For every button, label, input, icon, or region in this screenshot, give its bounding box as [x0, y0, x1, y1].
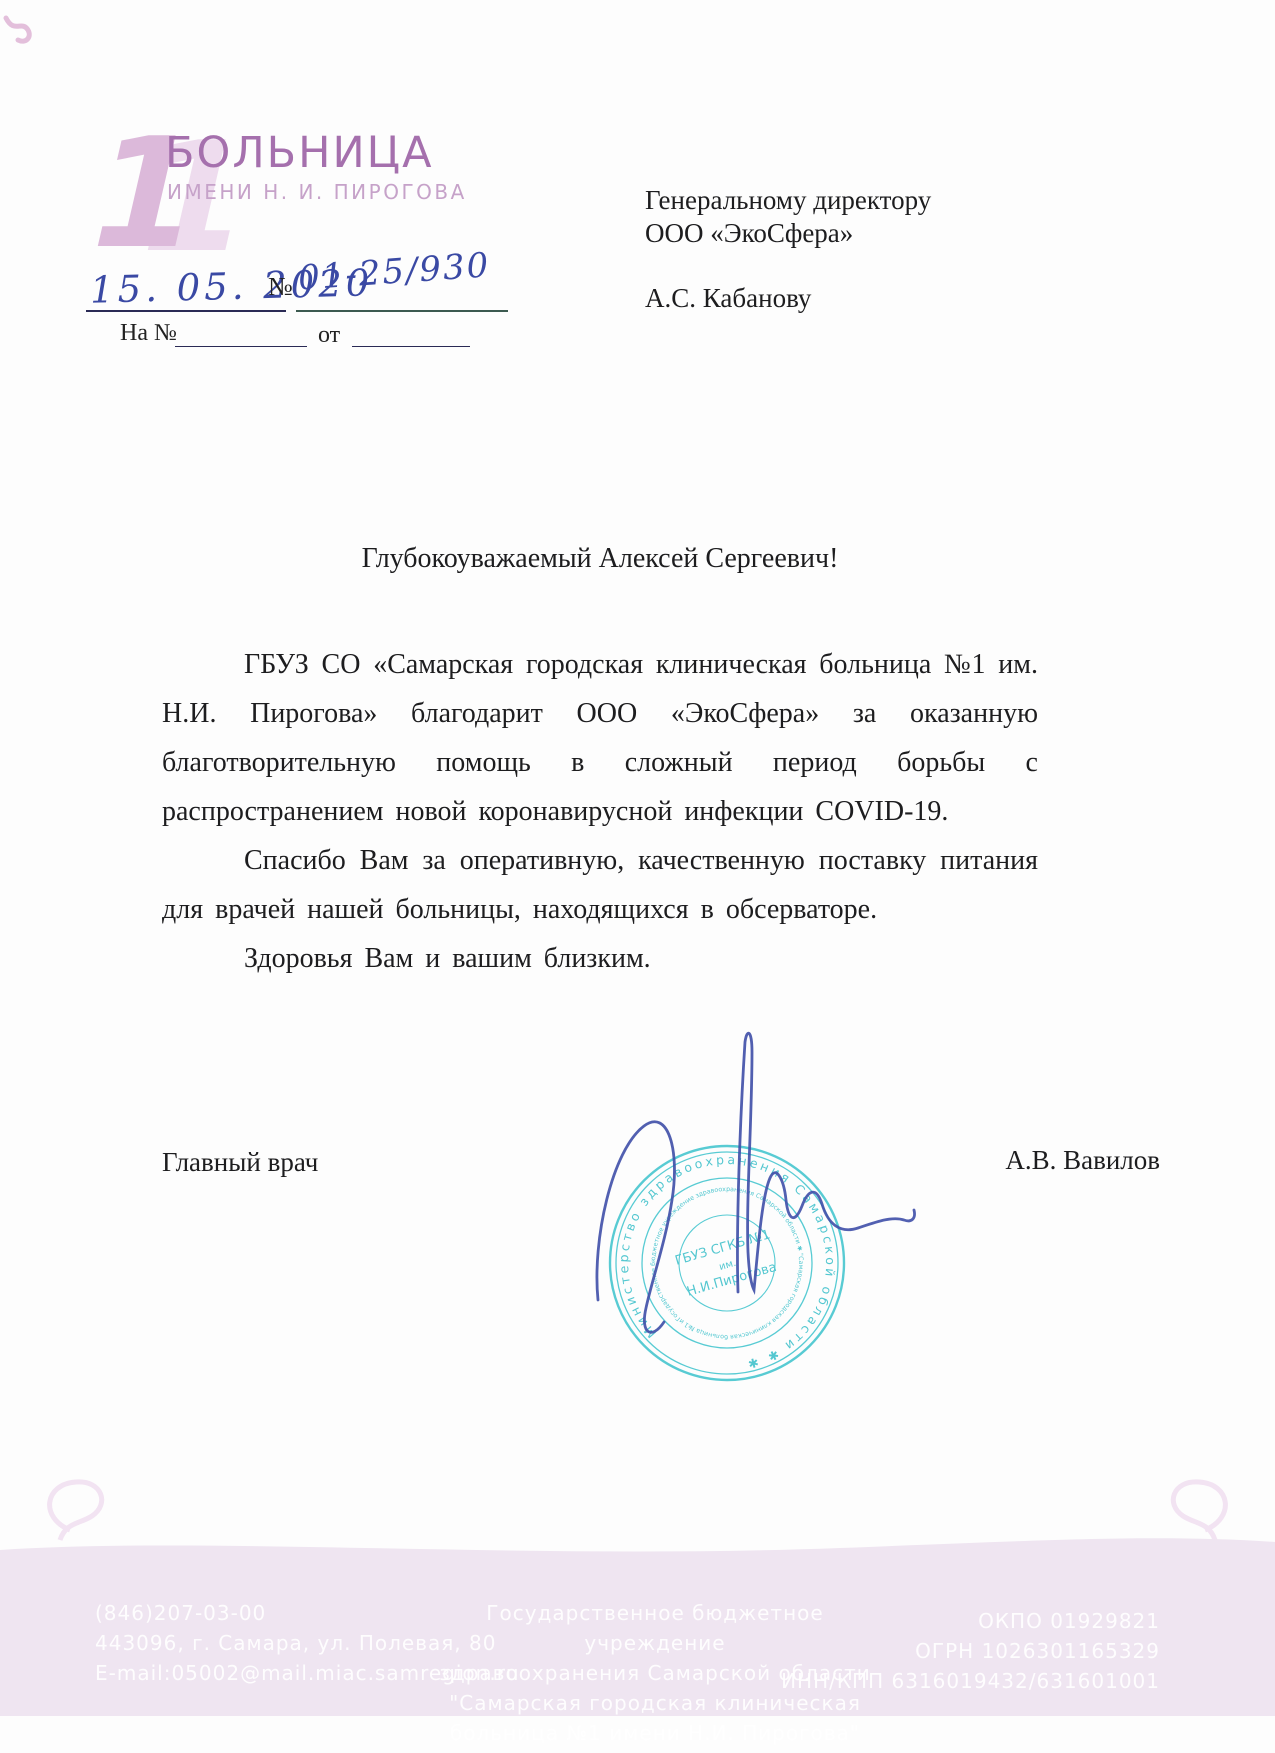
body-paragraph-3: Здоровья Вам и вашим близким.: [162, 934, 1038, 983]
number-underline: [296, 310, 508, 312]
footer-org-line4: больница №1 имени Н.И. Пирогова": [430, 1718, 880, 1748]
signer-position: Главный врач: [162, 1147, 318, 1178]
date-underline: [86, 310, 286, 312]
recipient-block: Генеральному директору ООО «ЭкоСфера»: [645, 184, 931, 250]
recipient-title-line: Генеральному директору: [645, 184, 931, 217]
number-sign: №: [268, 272, 293, 302]
handwritten-doc-number: 01-25/930: [297, 245, 492, 298]
autograph-stroke-left: [597, 1122, 675, 1333]
reference-ot-underline: [352, 346, 470, 347]
body-paragraph-2: Спасибо Вам за оперативную, качественную…: [162, 836, 1038, 934]
scanned-letter-page: 1 1 БОЛЬНИЦА ИМЕНИ Н. И. ПИРОГОВА 15. 05…: [0, 0, 1275, 1753]
reference-na-underline: [175, 346, 307, 347]
footer-inn-kpp: ИНН/КПП 6316019432/631601001: [760, 1666, 1160, 1696]
letter-body: ГБУЗ СО «Самарская городская клиническая…: [162, 640, 1038, 983]
salutation: Глубокоуважаемый Алексей Сергеевич!: [162, 543, 1038, 575]
autograph-stroke-main: [737, 1033, 914, 1292]
body-paragraph-1: ГБУЗ СО «Самарская городская клиническая…: [162, 640, 1038, 836]
corner-scan-artifact: [0, 0, 60, 60]
signature-autograph: [540, 1000, 940, 1340]
footer-left-flourish: [50, 1482, 102, 1540]
footer-right-flourish: [1173, 1482, 1225, 1540]
reference-ot-label: от: [318, 322, 340, 349]
footer-okpo: ОКПО 01929821: [760, 1606, 1160, 1636]
footer-ogrn: ОГРН 1026301165329: [760, 1636, 1160, 1666]
recipient-name: А.С. Кабанову: [645, 283, 811, 314]
hospital-logo-title: БОЛЬНИЦА: [165, 128, 433, 178]
reference-na-label: На №: [120, 320, 177, 347]
hospital-logo-subtitle: ИМЕНИ Н. И. ПИРОГОВА: [167, 180, 467, 204]
recipient-company-line: ООО «ЭкоСфера»: [645, 217, 931, 250]
footer-registry-column: ОКПО 01929821 ОГРН 1026301165329 ИНН/КПП…: [760, 1606, 1160, 1696]
